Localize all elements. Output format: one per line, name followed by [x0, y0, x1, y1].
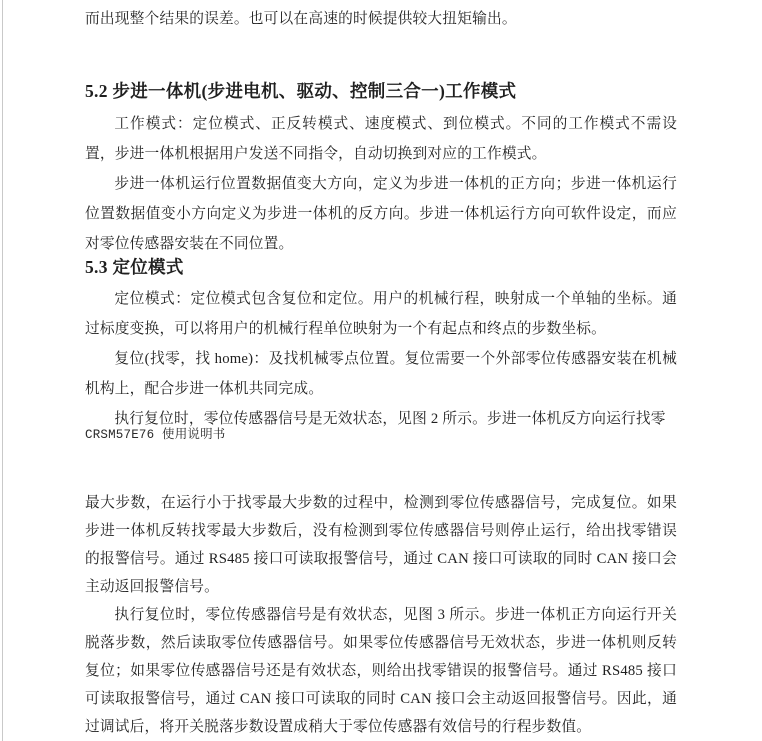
section-5-2-heading: 5.2 步进一体机(步进电机、驱动、控制三合一)工作模式 — [85, 79, 677, 103]
intro-paragraph: 而出现整个结果的误差。也可以在高速的时候提供较大扭矩输出。 — [85, 4, 677, 34]
next-page-paragraph-1: 最大步数，在运行小于找零最大步数的过程中，检测到零位传感器信号，完成复位。如果步… — [85, 489, 677, 601]
page-edge-line — [2, 0, 3, 741]
next-page-paragraph-2: 执行复位时，零位传感器信号是有效状态，见图 3 所示。步进一体机正方向运行开关脱… — [85, 601, 677, 741]
section-5-2-paragraph-1: 工作模式：定位模式、正反转模式、速度模式、到位模式。不同的工作模式不需设置，步进… — [85, 109, 677, 169]
section-5-3-paragraph-2: 复位(找零，找 home)：及找机械零点位置。复位需要一个外部零位传感器安装在机… — [85, 344, 677, 404]
next-page-body: 最大步数，在运行小于找零最大步数的过程中，检测到零位传感器信号，完成复位。如果步… — [85, 489, 677, 741]
section-5-3-heading: 5.3 定位模式 — [85, 255, 677, 279]
document-page: 而出现整个结果的误差。也可以在高速的时候提供较大扭矩输出。 5.2 步进一体机(… — [85, 4, 677, 741]
page-break-gap — [85, 444, 677, 489]
section-5-2-paragraph-2: 步进一体机运行位置数据值变大方向，定义为步进一体机的正方向；步进一体机运行位置数… — [85, 169, 677, 259]
section-5-3-paragraph-1: 定位模式：定位模式包含复位和定位。用户的机械行程，映射成一个单轴的坐标。通过标度… — [85, 284, 677, 344]
